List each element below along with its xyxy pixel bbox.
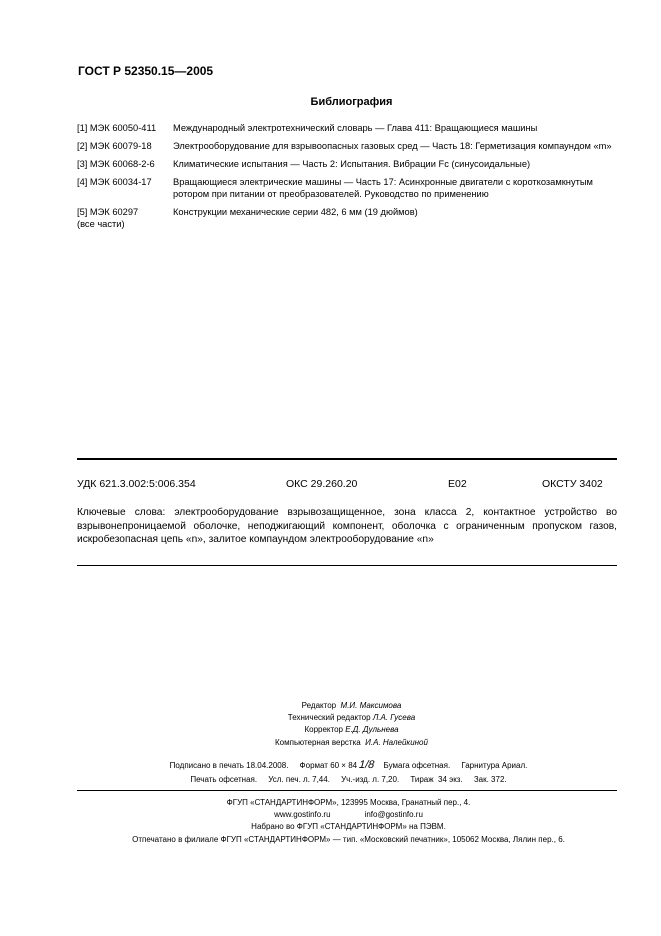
publisher-address: ФГУП «СТАНДАРТИНФОРМ», 123995 Москва, Гр… (36, 797, 661, 809)
publisher-info: ФГУП «СТАНДАРТИНФОРМ», 123995 Москва, Гр… (0, 797, 661, 846)
keywords: Ключевые слова: электрооборудование взры… (77, 506, 617, 547)
proofreader-name: Е.Д. Дульнева (345, 725, 398, 734)
bibliography-list: [1] МЭК 60050-411 Международный электрот… (77, 122, 617, 236)
divider (77, 565, 617, 566)
category-code: Е02 (448, 478, 467, 490)
bibliography-ref: [2] МЭК 60079-18 (77, 140, 173, 152)
credit-tech-editor: Технический редактор Л.А. Гусева (42, 712, 661, 724)
tech-editor-name: Л.А. Гусева (373, 713, 415, 722)
oks-code: ОКС 29.260.20 (286, 478, 357, 490)
bibliography-entry: [2] МЭК 60079-18 Электрооборудование для… (77, 140, 617, 152)
bibliography-text: Электрооборудование для взрывоопасных га… (173, 140, 617, 152)
bibliography-entry: [4] МЭК 60034-17 Вращающиеся электрическ… (77, 176, 617, 200)
publisher-email-link[interactable]: info@gostinfo.ru (365, 810, 423, 819)
credit-layout: Компьютерная верстка И.А. Налейкиной (42, 737, 661, 749)
bibliography-ref: [4] МЭК 60034-17 (77, 176, 173, 200)
bibliography-ref: [3] МЭК 60068-2-6 (77, 158, 173, 170)
udk-code: УДК 621.3.002:5:006.354 (77, 478, 196, 490)
editor-name: М.И. Максимова (341, 701, 402, 710)
publisher-typeset: Набрано во ФГУП «СТАНДАРТИНФОРМ» на ПЭВМ… (36, 821, 661, 833)
bibliography-note: (все части) (77, 218, 617, 230)
bibliography-text: Международный электротехнический словарь… (173, 122, 617, 134)
bibliography-text: Климатические испытания — Часть 2: Испыт… (173, 158, 617, 170)
bibliography-title: Библиография (0, 96, 661, 108)
divider-thick (77, 458, 617, 460)
print-info-line-1: Подписано в печать 18.04.2008. Формат 60… (36, 758, 661, 773)
credits: Редактор М.И. Максимова Технический реда… (0, 700, 661, 749)
print-info-line-2: Печать офсетная. Усл. печ. л. 7,44. Уч.-… (36, 773, 661, 787)
bibliography-entry: [5] МЭК 60297 Конструкции механические с… (77, 206, 617, 230)
divider (77, 790, 617, 791)
publisher-website-link[interactable]: www.gostinfo.ru (274, 810, 330, 819)
layout-name: И.А. Налейкиной (365, 738, 428, 747)
publisher-contacts: www.gostinfo.ruinfo@gostinfo.ru (36, 809, 661, 821)
bibliography-entry: [3] МЭК 60068-2-6 Климатические испытани… (77, 158, 617, 170)
okstu-code: ОКСТУ 3402 (542, 478, 603, 490)
credit-proofreader: Корректор Е.Д. Дульнева (42, 724, 661, 736)
credit-editor: Редактор М.И. Максимова (42, 700, 661, 712)
bibliography-text: Вращающиеся электрические машины — Часть… (173, 176, 617, 200)
format-fraction: 1/8 (357, 758, 376, 772)
standard-id: ГОСТ Р 52350.15—2005 (78, 64, 213, 78)
bibliography-ref: [1] МЭК 60050-411 (77, 122, 173, 134)
bibliography-ref: [5] МЭК 60297 (77, 206, 173, 218)
bibliography-text: Конструкции механические серии 482, 6 мм… (173, 206, 617, 218)
print-info: Подписано в печать 18.04.2008. Формат 60… (0, 758, 661, 787)
publisher-printed: Отпечатано в филиале ФГУП «СТАНДАРТИНФОР… (36, 834, 661, 846)
bibliography-entry: [1] МЭК 60050-411 Международный электрот… (77, 122, 617, 134)
